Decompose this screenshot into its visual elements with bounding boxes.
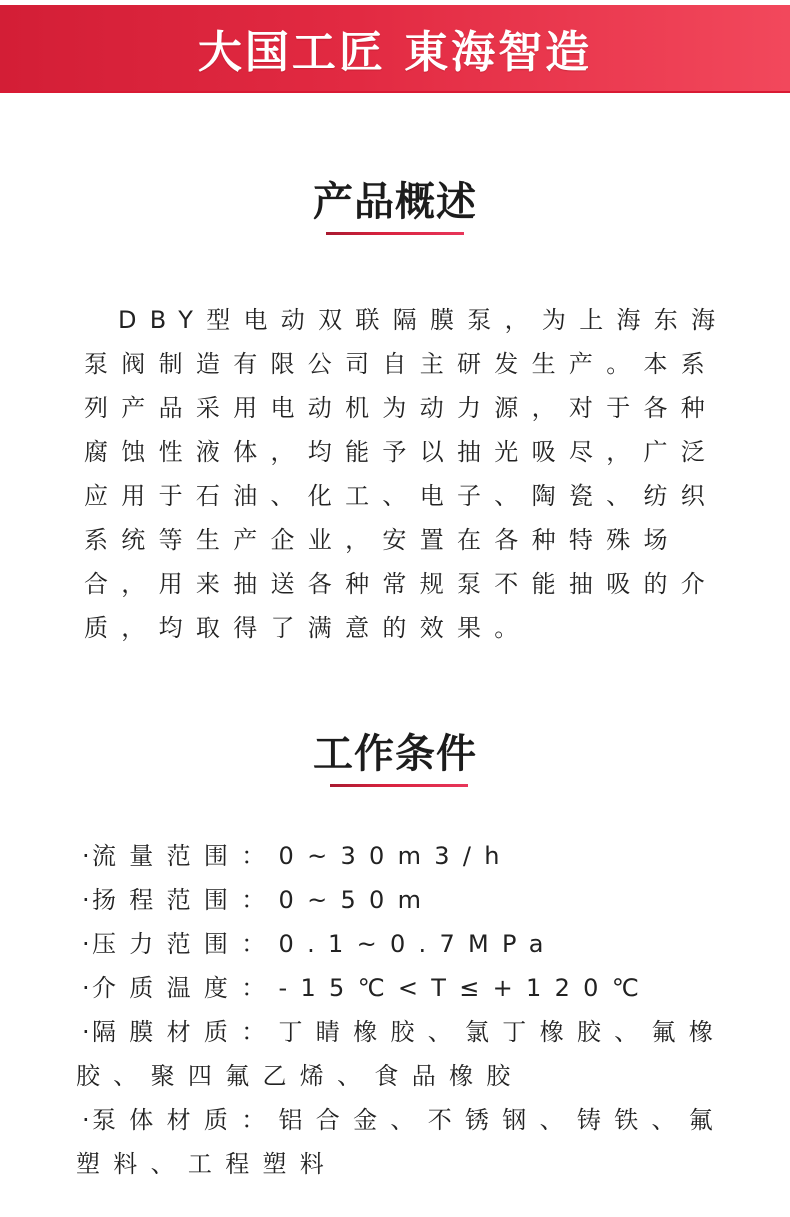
condition-head-range: ·扬程范围：0~50m [76,878,736,922]
condition-text: 介质温度：-15℃<T≤+120℃ [92,974,652,1002]
bullet-icon: · [82,1010,90,1054]
bullet-icon: · [82,922,90,966]
condition-flow-range: ·流量范围：0~30m3/h [76,834,736,878]
conditions-heading-underline [330,784,468,787]
condition-medium-temperature: ·介质温度：-15℃<T≤+120℃ [76,966,736,1010]
condition-text: 扬程范围：0~50m [92,886,434,914]
condition-pressure-range: ·压力范围：0.1~0.7MPa [76,922,736,966]
bullet-icon: · [82,834,90,878]
condition-diaphragm-material: ·隔膜材质：丁睛橡胶、氯丁橡胶、氟橡胶、聚四氟乙烯、食品橡胶 [76,1010,736,1098]
condition-text: 流量范围：0~30m3/h [92,842,513,870]
condition-text: 隔膜材质：丁睛橡胶、氯丁橡胶、氟橡胶、聚四氟乙烯、食品橡胶 [76,1018,726,1090]
brand-banner: 大国工匠 東海智造 [0,5,790,93]
overview-paragraph: DBY型电动双联隔膜泵，为上海东海泵阀制造有限公司自主研发生产。本系列产品采用电… [84,298,734,650]
bullet-icon: · [82,878,90,922]
bullet-icon: · [82,1098,90,1142]
overview-paragraph-text: DBY型电动双联隔膜泵，为上海东海泵阀制造有限公司自主研发生产。本系列产品采用电… [84,306,728,642]
overview-heading: 产品概述 [0,170,790,227]
banner-title: 大国工匠 東海智造 [198,16,592,80]
condition-pump-body-material: ·泵体材质：铝合金、不锈钢、铸铁、氟塑料、工程塑料 [76,1098,736,1186]
overview-heading-underline [326,232,464,235]
bullet-icon: · [82,966,90,1010]
conditions-list: ·流量范围：0~30m3/h ·扬程范围：0~50m ·压力范围：0.1~0.7… [76,834,736,1186]
condition-text: 压力范围：0.1~0.7MPa [92,930,557,958]
condition-text: 泵体材质：铝合金、不锈钢、铸铁、氟塑料、工程塑料 [76,1106,726,1178]
conditions-heading: 工作条件 [0,722,790,779]
